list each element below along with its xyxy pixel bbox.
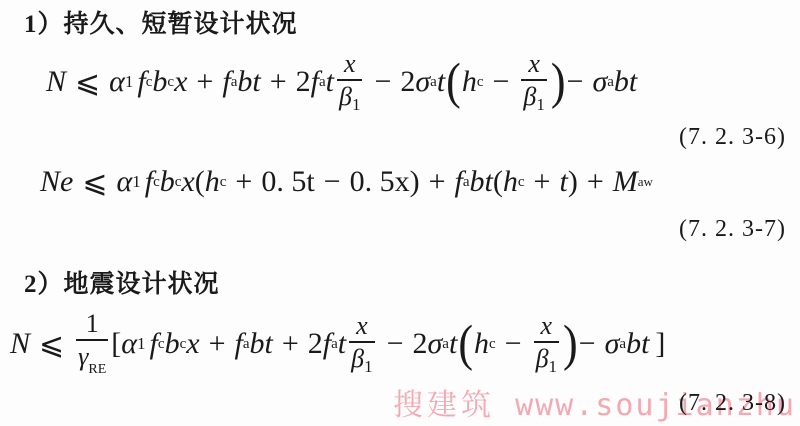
minus-sign: − bbox=[505, 327, 522, 361]
symbol-t: t bbox=[437, 65, 445, 99]
symbol-alpha: α bbox=[116, 165, 132, 199]
symbol-t: t bbox=[559, 165, 567, 199]
equation-number-7-2-3-8: (7. 2. 3-8) bbox=[679, 390, 786, 417]
section-number: 2） bbox=[24, 271, 64, 298]
symbol-beta: β bbox=[339, 82, 352, 111]
section-number: 1） bbox=[24, 11, 64, 38]
symbol-h: h bbox=[503, 165, 518, 199]
symbol-f: f bbox=[150, 327, 158, 361]
leq-sign: ⩽ bbox=[75, 65, 100, 100]
equation-number-7-2-3-6: (7. 2. 3-6) bbox=[679, 124, 786, 151]
subscript: 1 bbox=[137, 334, 146, 354]
left-paren: ( bbox=[458, 319, 473, 370]
symbol-x: x bbox=[174, 65, 187, 99]
numerator: x bbox=[539, 313, 555, 339]
subscript: a bbox=[319, 74, 326, 91]
leq-sign: ⩽ bbox=[39, 327, 64, 362]
symbol-h: h bbox=[205, 165, 220, 199]
subscript: c bbox=[489, 336, 496, 353]
symbol-f: f bbox=[455, 165, 463, 199]
symbol-sigma: σ bbox=[592, 65, 607, 99]
fraction-x-over-beta1: x β1 bbox=[521, 51, 546, 113]
section-title: 持久、短暂设计状况 bbox=[64, 9, 298, 38]
numerator: x bbox=[354, 313, 370, 339]
fraction-bar bbox=[337, 79, 362, 81]
symbol-b: b bbox=[152, 65, 167, 99]
right-paren: ) bbox=[563, 319, 578, 370]
section-heading-2: 2）地震设计状况 bbox=[24, 264, 220, 300]
section-title: 地震设计状况 bbox=[64, 269, 220, 298]
subscript: a bbox=[607, 74, 614, 91]
subscript: 1 bbox=[536, 95, 545, 114]
subscript: c bbox=[146, 74, 153, 91]
term-0-5t: 0. 5t bbox=[261, 165, 314, 199]
symbol-t: t bbox=[326, 65, 334, 99]
symbol-sigma: σ bbox=[428, 327, 443, 361]
symbol-b: b bbox=[165, 327, 180, 361]
right-bracket: ] bbox=[655, 327, 665, 361]
symbol-t: t bbox=[449, 327, 457, 361]
subscript: aw bbox=[638, 174, 653, 190]
plus-sign: + bbox=[282, 327, 299, 361]
denominator: β1 bbox=[349, 346, 374, 375]
minus-sign: − bbox=[579, 327, 596, 361]
fraction-bar bbox=[349, 341, 374, 343]
numerator: 1 bbox=[84, 311, 101, 337]
subscript: 1 bbox=[125, 72, 134, 92]
minus-sign: − bbox=[387, 327, 404, 361]
symbol-h: h bbox=[462, 65, 477, 99]
subscript: a bbox=[442, 336, 449, 353]
denominator: β1 bbox=[534, 346, 559, 375]
denominator: β1 bbox=[521, 84, 546, 113]
fraction-bar bbox=[521, 79, 546, 81]
symbol-alpha: α bbox=[109, 65, 125, 99]
symbol-f: f bbox=[311, 65, 319, 99]
symbol-b: b bbox=[160, 165, 175, 199]
symbol-bt: bt bbox=[237, 65, 260, 99]
number: 2 bbox=[413, 327, 428, 361]
plus-sign: + bbox=[534, 165, 551, 199]
fraction-bar bbox=[534, 341, 559, 343]
equation-number-7-2-3-7: (7. 2. 3-7) bbox=[679, 216, 786, 243]
subscript: a bbox=[619, 336, 626, 353]
symbol-f: f bbox=[234, 327, 242, 361]
subscript: RE bbox=[88, 362, 106, 377]
denominator: γRE bbox=[76, 344, 108, 377]
symbol-bt: bt bbox=[614, 65, 637, 99]
term-0-5x: 0. 5x bbox=[350, 165, 410, 199]
subscript: a bbox=[331, 336, 338, 353]
symbol-N: N bbox=[10, 327, 30, 361]
subscript: 1 bbox=[132, 172, 141, 192]
subscript: a bbox=[231, 74, 238, 91]
minus-sign: − bbox=[567, 65, 584, 99]
fraction-x-over-beta1: x β1 bbox=[349, 313, 374, 375]
section-heading-1: 1）持久、短暂设计状况 bbox=[24, 4, 298, 40]
fraction-1-over-gamma-RE: 1 γRE bbox=[76, 311, 108, 377]
symbol-x: x bbox=[181, 165, 194, 199]
symbol-x: x bbox=[186, 327, 199, 361]
symbol-sigma: σ bbox=[605, 327, 620, 361]
subscript: 1 bbox=[352, 95, 361, 114]
subscript: 1 bbox=[549, 357, 558, 376]
symbol-N: N bbox=[46, 65, 66, 99]
symbol-M: M bbox=[613, 165, 638, 199]
watermark-cn: 搜建筑 bbox=[393, 388, 495, 423]
symbol-bt: bt bbox=[470, 165, 493, 199]
symbol-alpha: α bbox=[121, 327, 137, 361]
plus-sign: + bbox=[196, 65, 213, 99]
subscript: a bbox=[430, 74, 437, 91]
subscript: 1 bbox=[364, 357, 373, 376]
symbol-bt: bt bbox=[626, 327, 649, 361]
fraction-x-over-beta1: x β1 bbox=[534, 313, 559, 375]
subscript: a bbox=[243, 336, 250, 353]
minus-sign: − bbox=[374, 65, 391, 99]
plus-sign: + bbox=[270, 65, 287, 99]
number: 2 bbox=[308, 327, 323, 361]
left-paren: ( bbox=[493, 165, 503, 199]
left-paren: ( bbox=[446, 57, 461, 108]
symbol-f: f bbox=[222, 65, 230, 99]
fraction-x-over-beta1: x β1 bbox=[337, 51, 362, 113]
numerator: x bbox=[342, 51, 358, 77]
symbol-bt: bt bbox=[250, 327, 273, 361]
symbol-f: f bbox=[145, 165, 153, 199]
symbol-f: f bbox=[323, 327, 331, 361]
symbol-t: t bbox=[338, 327, 346, 361]
leq-sign: ⩽ bbox=[82, 165, 107, 200]
subscript: c bbox=[220, 174, 227, 191]
subscript: a bbox=[463, 174, 470, 191]
number: 2 bbox=[296, 65, 311, 99]
subscript: c bbox=[153, 174, 160, 191]
right-paren: ) bbox=[551, 57, 566, 108]
minus-sign: − bbox=[324, 165, 341, 199]
symbol-f: f bbox=[137, 65, 145, 99]
numerator: x bbox=[526, 51, 542, 77]
symbol-beta: β bbox=[351, 344, 364, 373]
fraction-bar bbox=[76, 339, 108, 341]
minus-sign: − bbox=[493, 65, 510, 99]
symbol-h: h bbox=[474, 327, 489, 361]
symbol-beta: β bbox=[523, 82, 536, 111]
plus-sign: + bbox=[209, 327, 226, 361]
equation-7-2-3-8: N ⩽ 1 γRE [ α1 fc bc x + fa bt + 2 fa t … bbox=[10, 306, 665, 382]
plus-sign: + bbox=[587, 165, 604, 199]
number: 2 bbox=[400, 65, 415, 99]
plus-sign: + bbox=[429, 165, 446, 199]
symbol-gamma: γ bbox=[78, 342, 88, 371]
left-bracket: [ bbox=[111, 327, 121, 361]
right-paren: ) bbox=[568, 165, 578, 199]
symbol-Ne: Ne bbox=[40, 165, 73, 199]
subscript: c bbox=[518, 174, 525, 191]
denominator: β1 bbox=[337, 84, 362, 113]
equation-7-2-3-6: N ⩽ α1 fc bc x + fa bt + 2 fa t x β1 − 2… bbox=[46, 44, 637, 120]
right-paren: ) bbox=[410, 165, 420, 199]
symbol-beta: β bbox=[536, 344, 549, 373]
plus-sign: + bbox=[235, 165, 252, 199]
subscript: c bbox=[477, 74, 484, 91]
left-paren: ( bbox=[195, 165, 205, 199]
symbol-sigma: σ bbox=[415, 65, 430, 99]
subscript: c bbox=[158, 336, 165, 353]
equation-7-2-3-7: Ne ⩽ α1 fc bc x ( hc + 0. 5t − 0. 5x ) +… bbox=[40, 160, 653, 204]
